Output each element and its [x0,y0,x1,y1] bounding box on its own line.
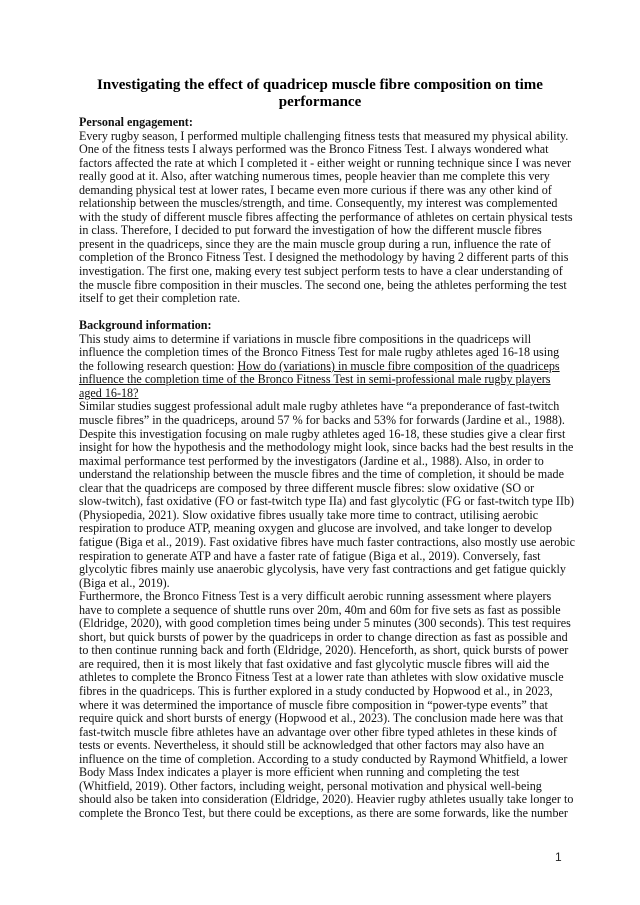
text-line: itself to get their completion rate. [79,292,571,306]
background-body-paragraphs: Similar studies suggest professional adu… [79,400,571,820]
text-line: relationship between the muscles/strengt… [79,197,571,211]
background-intro-paragraph: This study aims to determine if variatio… [79,333,571,360]
text-line: require quick and short bursts of energy… [79,712,571,726]
text-line: where it was determined the importance o… [79,699,571,713]
text-line: fatigue (Biga et al., 2019). Fast oxidat… [79,536,571,550]
text-line: respiration to generate ATP and have a f… [79,550,571,564]
paragraph-spacer [79,306,571,320]
text-line: respiration to produce ATP, meaning oxyg… [79,522,571,536]
text-line: slow-twitch), fast oxidative (FO or fast… [79,495,571,509]
research-question-prefix: the following research question: [79,359,238,373]
text-line: maximal performance test performed by th… [79,455,571,469]
page-number: 1 [555,850,562,864]
text-line: (Biga et al., 2019). [79,577,571,591]
text-line: to then continue running back and forth … [79,644,571,658]
text-line: clear that the quadriceps are composed b… [79,482,571,496]
text-line: demanding physical test at lower rates, … [79,184,571,198]
text-line: One of the fitness tests I always perfor… [79,143,571,157]
document-title: Investigating the effect of quadricep mu… [80,77,560,111]
text-line: really good at it. Also, after watching … [79,170,571,184]
text-line: should also be taken into consideration … [79,793,571,807]
text-line: (Eldridge, 2020), with good completion t… [79,617,571,631]
text-line: athletes to complete the Bronco Fitness … [79,671,571,685]
text-line: (Physiopedia, 2021). Slow oxidative fibr… [79,509,571,523]
text-line: short, but quick bursts of power by the … [79,631,571,645]
text-line: tests or events. Nevertheless, it should… [79,739,571,753]
text-line: insight for how the hypothesis and the m… [79,441,571,455]
title-line-2: performance [80,94,560,111]
text-line: Body Mass Index indicates a player is mo… [79,766,571,780]
text-line: influence on the time of completion. Acc… [79,753,571,767]
text-line: the muscle fibre composition in their mu… [79,279,571,293]
research-question-part-1: How do (variations) in muscle fibre comp… [238,359,560,373]
text-line: Every rugby season, I performed multiple… [79,130,571,144]
text-line: with the study of different muscle fibre… [79,211,571,225]
text-line: understand the relationship between the … [79,468,571,482]
text-line: investigation. The first one, making eve… [79,265,571,279]
section-heading-background-information: Background information: [79,319,571,333]
text-line: complete the Bronco Test, but there coul… [79,807,571,821]
text-line: influence the completion times of the Br… [79,346,571,360]
text-line: completion of the Bronco Fitness Test. I… [79,251,571,265]
research-question-part-2: influence the completion time of the Bro… [79,373,571,387]
research-question-line: the following research question: How do … [79,360,571,374]
text-line: present in the quadriceps, since they ar… [79,238,571,252]
title-line-1: Investigating the effect of quadricep mu… [80,77,560,94]
text-line: are required, then it is most likely tha… [79,658,571,672]
personal-engagement-paragraph: Every rugby season, I performed multiple… [79,130,571,306]
document-body: Personal engagement: Every rugby season,… [79,116,571,820]
text-line: Despite this investigation focusing on m… [79,428,571,442]
text-line: This study aims to determine if variatio… [79,333,571,347]
text-line: fibres in the quadriceps. This is furthe… [79,685,571,699]
text-line: muscle fibres” in the quadriceps, around… [79,414,571,428]
text-line: have to complete a sequence of shuttle r… [79,604,571,618]
text-line: Similar studies suggest professional adu… [79,400,571,414]
text-line: in class. Therefore, I decided to put fo… [79,224,571,238]
text-line: factors affected the rate at which I com… [79,157,571,171]
text-line: Furthermore, the Bronco Fitness Test is … [79,590,571,604]
section-heading-personal-engagement: Personal engagement: [79,116,571,130]
research-question-part-3: aged 16-18? [79,387,571,401]
text-line: glycolytic fibres mainly use anaerobic g… [79,563,571,577]
document-page: Investigating the effect of quadricep mu… [0,0,640,905]
text-line: (Whitfield, 2019). Other factors, includ… [79,780,571,794]
text-line: fast-twitch muscle fibre athletes have a… [79,726,571,740]
